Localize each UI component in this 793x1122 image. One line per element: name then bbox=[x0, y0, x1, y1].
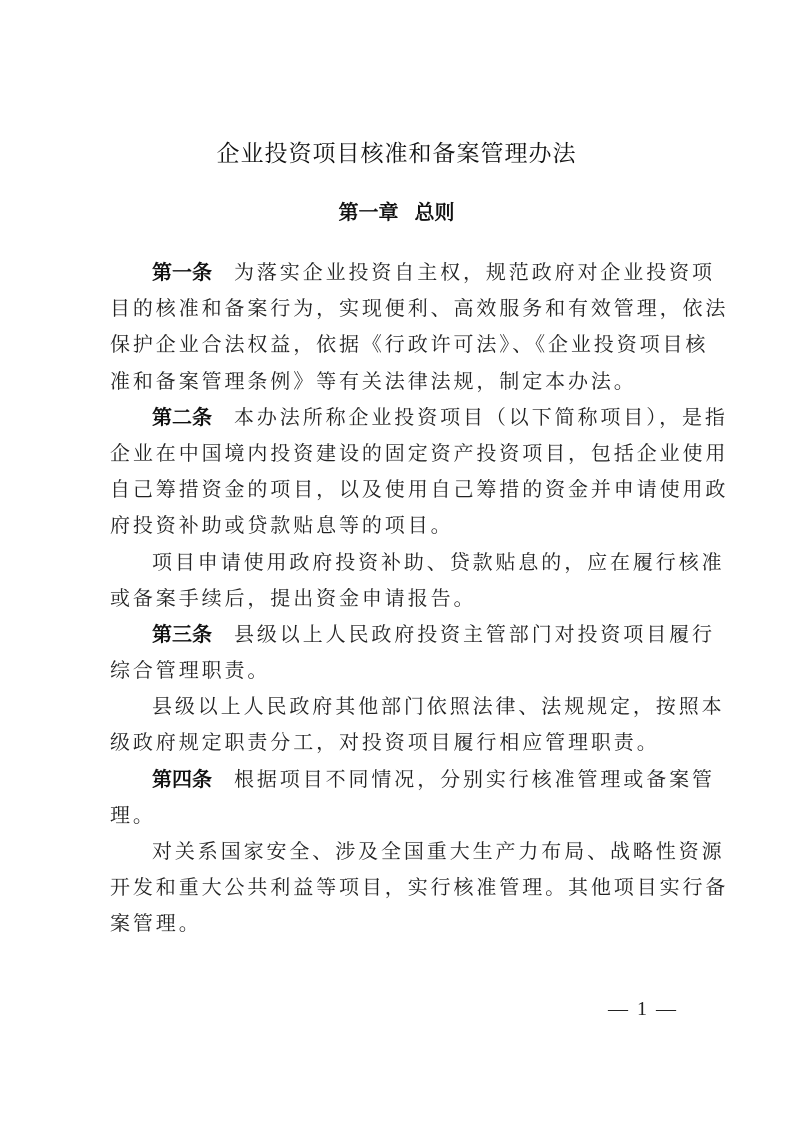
paragraph-line: 准和备案管理条例》等有关法律法规，制定本办法。 bbox=[110, 363, 690, 399]
paragraph-line: 对关系国家安全、涉及全国重大生产力布局、战略性资源 bbox=[110, 833, 690, 869]
paragraph-line: 府投资补助或贷款贴息等的项目。 bbox=[110, 507, 690, 543]
paragraph-line: 项目申请使用政府投资补助、贷款贴息的，应在履行核准 bbox=[110, 544, 690, 580]
paragraph-line: 自己筹措资金的项目，以及使用自己筹措的资金并申请使用政 bbox=[110, 471, 690, 507]
paragraph-line: 县级以上人民政府其他部门依照法律、法规规定，按照本 bbox=[110, 688, 690, 724]
paragraph-line: 保护企业合法权益，依据《行政许可法》、《企业投资项目核 bbox=[110, 326, 690, 362]
article-label: 第三条 bbox=[152, 622, 212, 646]
paragraph-line: 第一条为落实企业投资自主权，规范政府对企业投资项 bbox=[110, 254, 690, 290]
paragraph-line: 第三条县级以上人民政府投资主管部门对投资项目履行 bbox=[110, 616, 690, 652]
paragraph-line: 开发和重大公共利益等项目，实行核准管理。其他项目实行备 bbox=[110, 869, 690, 905]
paragraph-line: 企业在中国境内投资建设的固定资产投资项目，包括企业使用 bbox=[110, 435, 690, 471]
paragraph-line: 或备案手续后，提出资金申请报告。 bbox=[110, 580, 690, 616]
article-label: 第四条 bbox=[152, 767, 212, 791]
paragraph-line: 目的核准和备案行为，实现便利、高效服务和有效管理，依法 bbox=[110, 290, 690, 326]
paragraph-line: 综合管理职责。 bbox=[110, 652, 690, 688]
paragraph-line: 第四条根据项目不同情况，分别实行核准管理或备案管 bbox=[110, 761, 690, 797]
paragraph-line: 理。 bbox=[110, 797, 690, 833]
document-body: 第一条为落实企业投资自主权，规范政府对企业投资项 目的核准和备案行为，实现便利、… bbox=[110, 254, 690, 942]
article-label: 第一条 bbox=[152, 260, 212, 284]
paragraph-line: 第二条本办法所称企业投资项目（以下简称项目），是指 bbox=[110, 399, 690, 435]
document-title: 企业投资项目核准和备案管理办法 bbox=[0, 139, 793, 169]
paragraph-line: 级政府规定职责分工，对投资项目履行相应管理职责。 bbox=[110, 724, 690, 760]
article-label: 第二条 bbox=[152, 405, 212, 429]
chapter-heading: 第一章总则 bbox=[0, 198, 793, 226]
paragraph-line: 案管理。 bbox=[110, 905, 690, 941]
chapter-name: 总则 bbox=[415, 200, 455, 224]
chapter-number: 第一章 bbox=[339, 200, 399, 224]
page-number: — 1 — bbox=[608, 996, 678, 1022]
